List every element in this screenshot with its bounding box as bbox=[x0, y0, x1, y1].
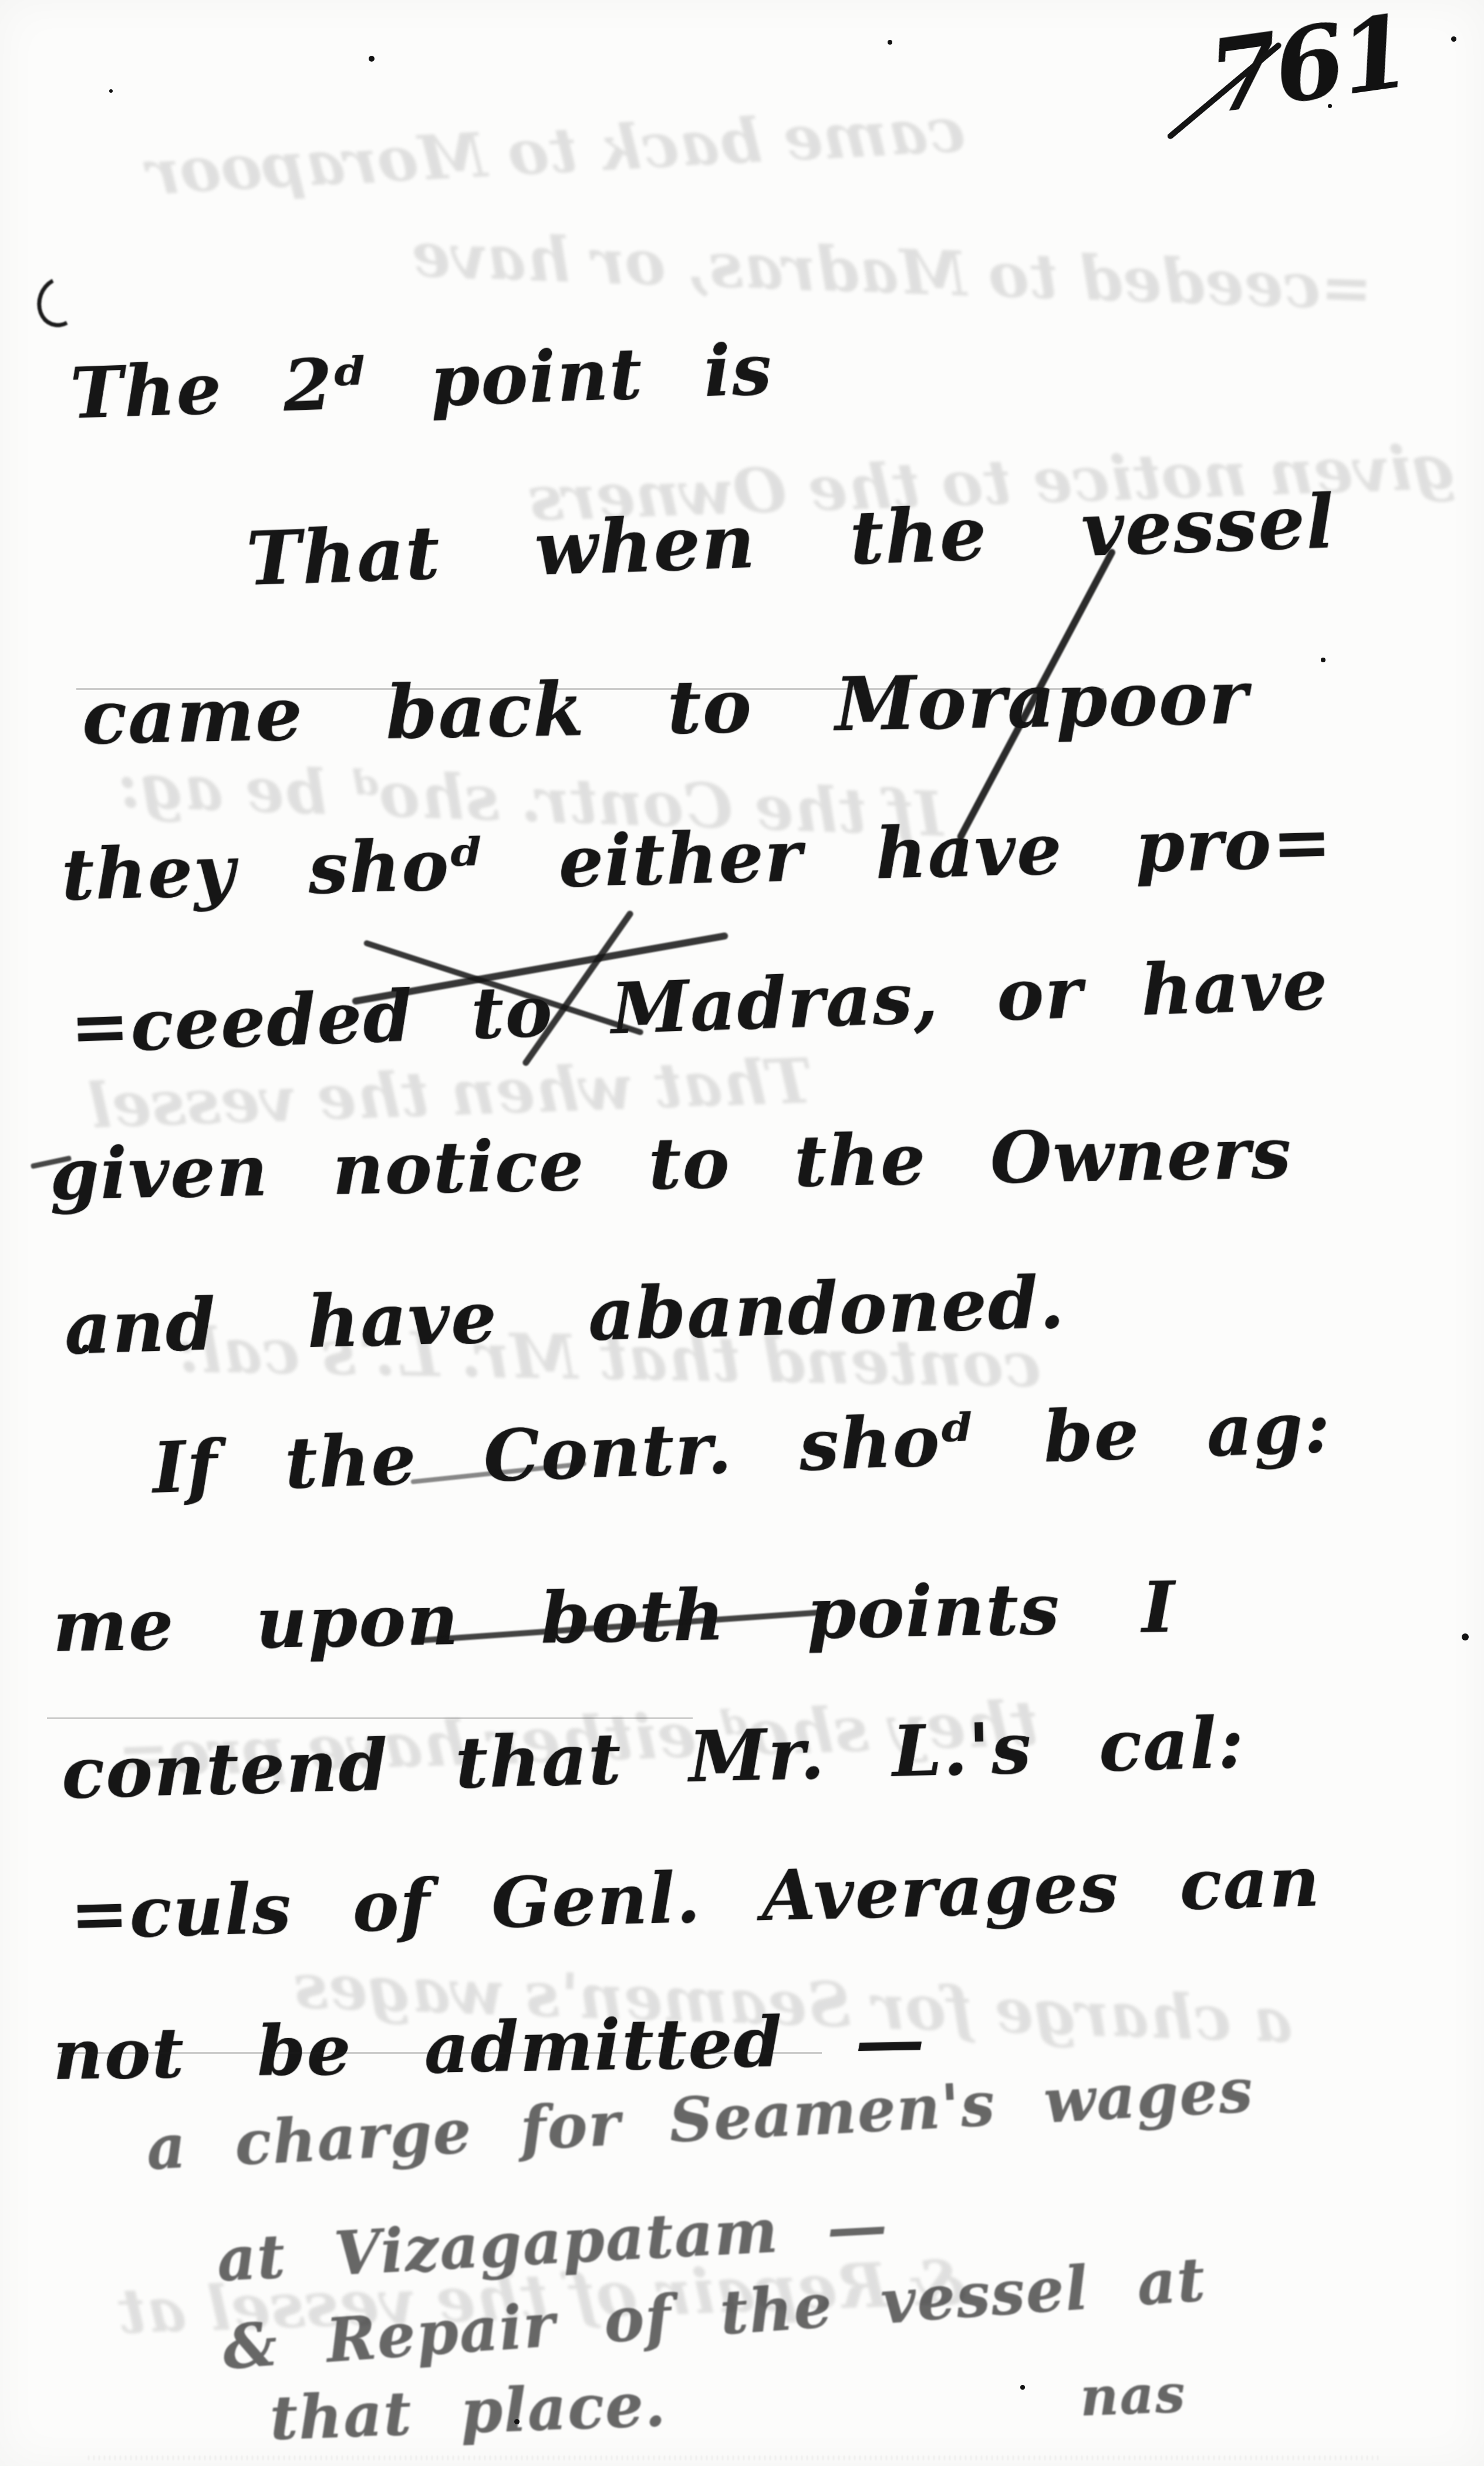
scanner-edge-speckle bbox=[88, 2455, 1380, 2460]
page-number: 761 bbox=[1202, 0, 1414, 136]
manuscript-line-fragment: nas bbox=[1079, 2363, 1187, 2428]
ink-speck bbox=[82, 1345, 89, 1352]
ink-speck bbox=[109, 89, 113, 93]
ink-speck bbox=[1462, 1633, 1469, 1640]
ink-speck bbox=[369, 56, 375, 62]
ink-speck bbox=[514, 2419, 520, 2424]
manuscript-line: and have abandoned. bbox=[63, 1259, 1066, 1370]
manuscript-line: they shoᵈ either have pro= bbox=[60, 800, 1333, 917]
manuscript-line: came back to Morapoor bbox=[82, 655, 1250, 761]
ink-speck bbox=[1328, 104, 1332, 108]
scan-artifact-line bbox=[76, 688, 1104, 690]
manuscript-line: That when the vessel bbox=[245, 479, 1336, 602]
ink-speck bbox=[1451, 36, 1456, 42]
manuscript-line: =ceeded to Madras, or have bbox=[69, 942, 1330, 1069]
manuscript-line: The 2ᵈ point is bbox=[69, 328, 774, 435]
bleed-through-mark: came back to Morapoor bbox=[146, 93, 967, 209]
scan-artifact-line bbox=[47, 1717, 693, 1719]
manuscript-line: that place. bbox=[269, 2370, 667, 2454]
manuscript-line: =culs of Genl. Averages can bbox=[69, 1840, 1321, 1955]
scan-artifact-line bbox=[59, 2052, 822, 2054]
bleed-through-mark: =ceeded to Madras, or have bbox=[410, 218, 1374, 324]
ink-speck bbox=[888, 40, 892, 45]
ink-speck bbox=[1321, 658, 1326, 662]
manuscript-page: 761 came back to Morapoor =ceeded to Mad… bbox=[0, 0, 1484, 2466]
manuscript-line: me upon both points I bbox=[52, 1566, 1177, 1668]
manuscript-line: given notice to the Owners bbox=[49, 1111, 1293, 1216]
manuscript-line: If the Contr. shoᵈ be ag: bbox=[151, 1386, 1333, 1510]
margin-pen-curl bbox=[30, 270, 90, 334]
ink-speck bbox=[1020, 2385, 1025, 2390]
